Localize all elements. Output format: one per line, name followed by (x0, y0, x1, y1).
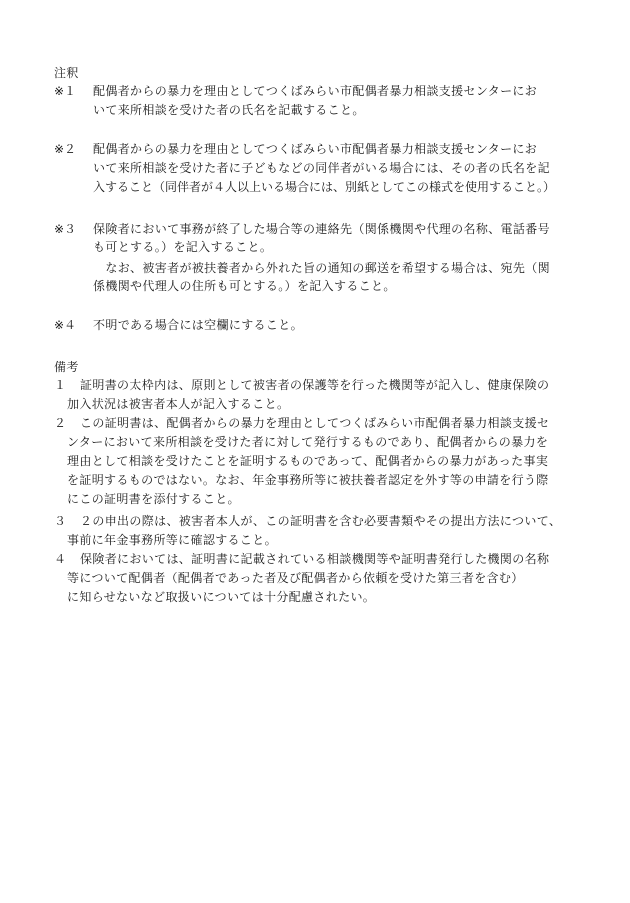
note-line: いて来所相談を受けた者の氏名を記載すること。 (93, 103, 365, 117)
remark-number: １ (54, 378, 66, 392)
note-mark: ※４ (54, 318, 76, 332)
note-mark: ※１ (54, 84, 76, 98)
remark-line: 事前に年金事務所等に確認すること。 (67, 533, 277, 547)
remark-line: 保険者においては、証明書に記載されている相談機関等や証明書発行した機関の名称 (80, 552, 549, 566)
remark-line: この証明書は、配偶者からの暴力を理由としてつくばみらい市配偶者暴力相談支援セ (80, 416, 549, 430)
remark-line: ２の申出の際は、被害者本人が、この証明書を含む必要書類やその提出方法について、 (80, 514, 561, 528)
remarks-heading: 備考 (54, 360, 79, 374)
remark-number: ３ (54, 514, 66, 528)
remark-line: 証明書の太枠内は、原則として被害者の保護等を行った機関等が記入し、健康保険の (80, 378, 549, 392)
remark-line: を証明するものではない。なお、年金事務所等に被扶養者認定を外す等の申請を行う際 (67, 473, 549, 487)
note-line: 入すること（同伴者が４人以上いる場合には、別紙としてこの様式を使用すること。） (93, 180, 555, 194)
note-mark: ※２ (54, 142, 76, 156)
note-mark: ※３ (54, 222, 76, 236)
remark-line: 等について配偶者（配偶者であった者及び配偶者から依頼を受けた第三者を含む） (67, 571, 524, 585)
note-line: も可とする。）を記入すること。 (93, 240, 272, 254)
remark-line: に知らせないなど取扱いについては十分配慮されたい。 (67, 590, 375, 604)
remark-line: にこの証明書を添付すること。 (67, 492, 240, 506)
note-line: 配偶者からの暴力を理由としてつくばみらい市配偶者暴力相談支援センターにお (93, 142, 537, 156)
remark-line: ンターにおいて来所相談を受けた者に対して発行するものであり、配偶者からの暴力を (67, 435, 548, 449)
note-line: 保険者において事務が終了した場合等の連絡先（関係機関や代理の名称、電話番号 (93, 222, 550, 236)
remark-number: ４ (54, 552, 66, 566)
notes-heading: 注釈 (54, 66, 79, 80)
remark-line: 理由として相談を受けたことを証明するものであって、配偶者からの暴力があった事実 (67, 454, 548, 468)
note-line: 不明である場合には空欄にすること。 (93, 318, 303, 332)
note-line: 配偶者からの暴力を理由としてつくばみらい市配偶者暴力相談支援センターにお (93, 84, 537, 98)
remark-number: ２ (54, 416, 66, 430)
note-line: いて来所相談を受けた者に子どもなどの同伴者がいる場合には、その者の氏名を記 (93, 161, 550, 175)
remark-line: 加入状況は被害者本人が記入すること。 (67, 397, 289, 411)
note-line: なお、被害者が被扶養者から外れた旨の通知の郵送を希望する場合は、宛先（関 (93, 261, 550, 275)
note-line: 係機関や代理人の住所も可とする。）を記入すること。 (93, 279, 396, 293)
